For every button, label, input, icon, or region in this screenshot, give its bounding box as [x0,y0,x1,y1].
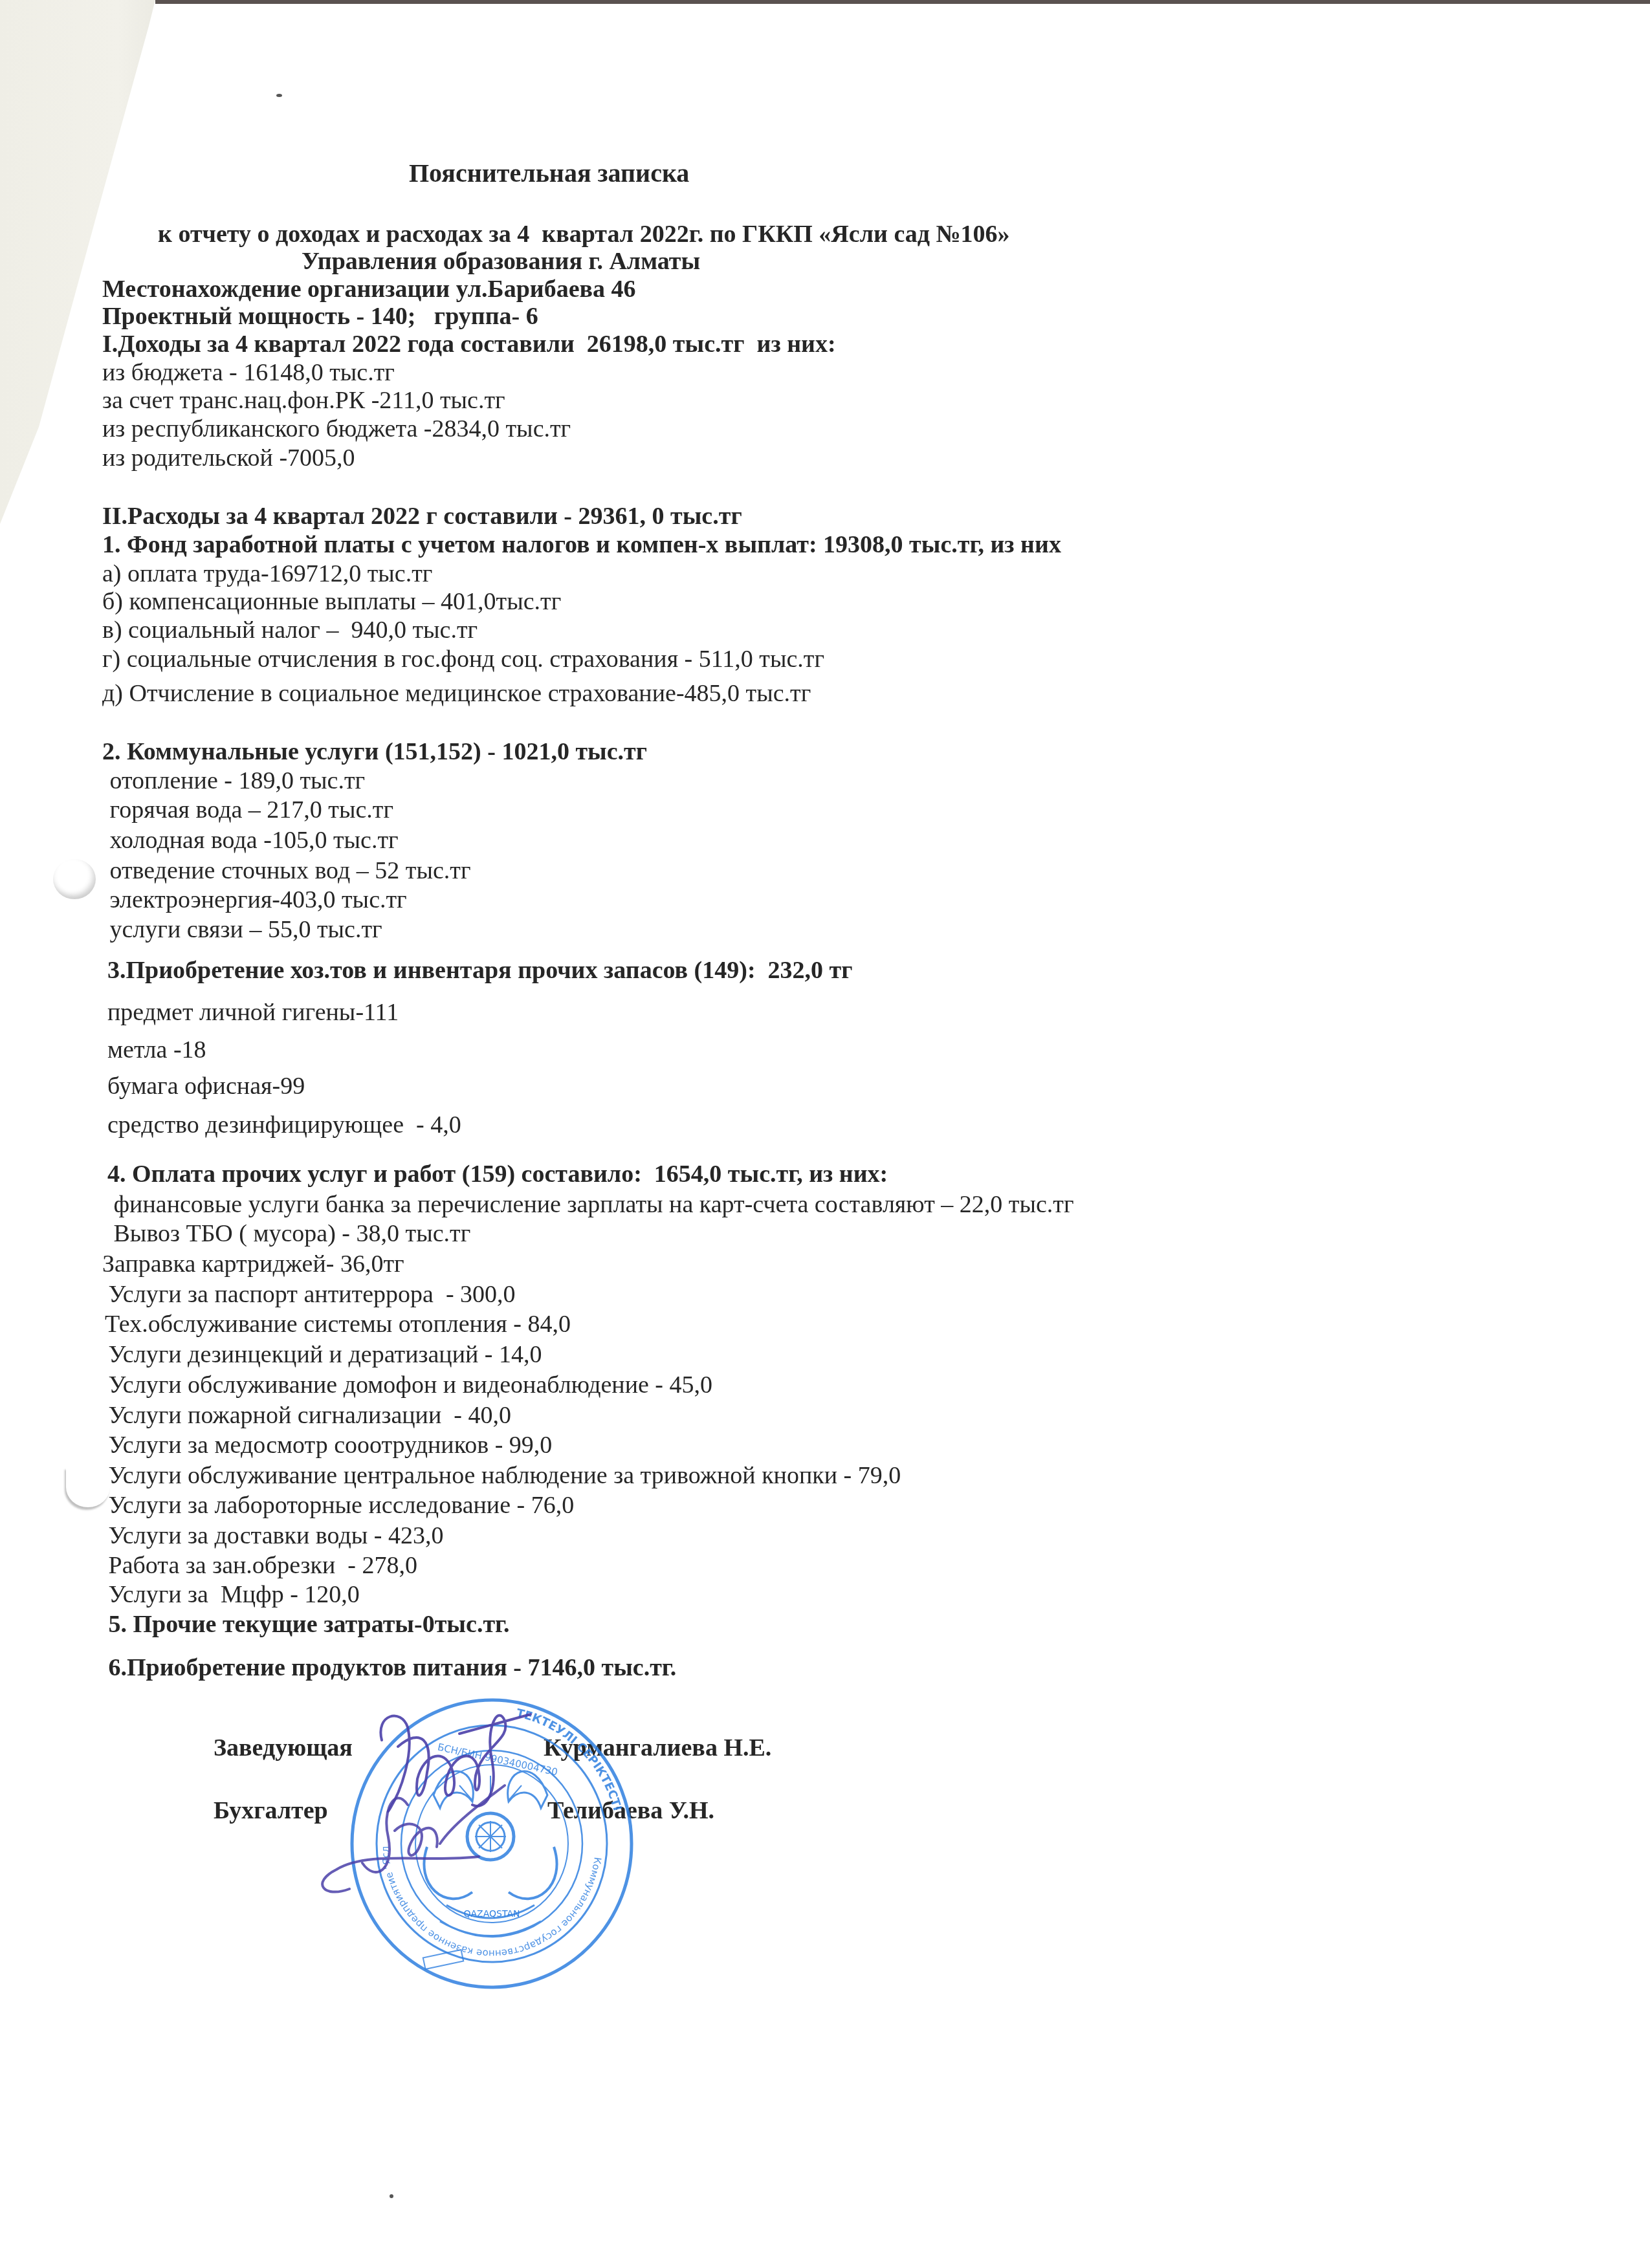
section-4-item: Услуги за Мцфр - 120,0 [102,1580,360,1609]
section-4-item: Вывоз ТБО ( мусора) - 38,0 тыс.тг [107,1219,470,1248]
income-item: из родительской -7005,0 [102,444,355,472]
section-4-item: Тех.обслуживание системы отопления - 84,… [105,1310,571,1338]
section-4-heading: 4. Оплата прочих услуг и работ (159) сос… [107,1160,888,1188]
section-2-item: электроэнергия-403,0 тыс.тг [104,886,407,914]
section-3-item: бумага офисная-99 [107,1072,305,1100]
section-4-item: Работа за зан.обрезки - 278,0 [102,1551,417,1580]
section-1-item: г) социальные отчисления в гос.фонд соц.… [102,645,824,673]
section-1-heading: 1. Фонд заработной платы с учетом налого… [102,530,1061,559]
section-1-item: а) оплата труда-169712,0 тыс.тг [102,560,432,588]
section-2-item: отведение сточных вод – 52 тыс.тг [104,856,471,885]
accountant-signature [311,1772,518,1902]
section-2-item: холодная вода -105,0 тыс.тг [104,826,399,855]
income-item: за счет транс.нац.фон.РК -211,0 тыс.тг [102,386,505,415]
section-4-item: Услуги за паспорт антитеррора - 300,0 [102,1280,516,1309]
section-4-item: Услуги обслуживание домофон и видеонаблю… [102,1371,712,1399]
income-item: из бюджета - 16148,0 тыс.тг [102,358,395,387]
subtitle-line-2: Управления образования г. Алматы [302,247,700,276]
head-role: Заведующая [214,1734,353,1762]
section-4-item: Услуги за доставки воды - 423,0 [102,1521,443,1550]
expenses-heading: II.Расходы за 4 квартал 2022 г составили… [102,502,742,530]
page-title: Пояснительная записка [409,159,689,188]
section-1-item: б) компенсационные выплаты – 401,0тыс.тг [102,587,561,616]
section-2-item: отопление - 189,0 тыс.тг [104,767,365,795]
section-4-item: Услуги за медосмотр сооотрудников - 99,0 [102,1431,552,1459]
location-line: Местонахождение организации ул.Барибаева… [102,275,636,303]
section-2-item: услуги связи – 55,0 тыс.тг [104,915,382,944]
punch-hole-mark [53,859,96,899]
section-4-item: Услуги пожарной сигнализации - 40,0 [102,1401,511,1430]
section-4-item: Услуги обслуживание центральное наблюден… [102,1461,901,1490]
section-4-item: Услуги за лабороторные исследование - 76… [102,1491,574,1520]
section-4-item: Услуги дезинцекций и дератизаций - 14,0 [102,1340,542,1369]
section-4-item: финансовые услуги банка за перечисление … [107,1190,1074,1219]
section-1-item: в) социальный налог – 940,0 тыс.тг [102,616,478,644]
subtitle-line-1: к отчету о доходах и расходах за 4 кварт… [158,220,1010,248]
capacity-line: Проектный мощность - 140; группа- 6 [102,302,538,331]
income-heading: I.Доходы за 4 квартал 2022 года составил… [102,330,836,358]
income-item: из республиканского бюджета -2834,0 тыс.… [102,415,571,443]
section-6-heading: 6.Приобретение продуктов питания - 7146,… [102,1653,676,1682]
section-4-item: Заправка картриджей- 36,0тг [102,1250,404,1278]
scan-speck [390,2194,393,2198]
section-3-item: метла -18 [107,1036,206,1064]
section-2-item: горячая вода – 217,0 тыс.тг [104,796,393,824]
scan-speck [276,94,282,97]
section-3-heading: 3.Приобретение хоз.тов и инвентаря прочи… [107,956,853,985]
scan-edge [155,0,1650,4]
svg-text:QAZAQSTAN: QAZAQSTAN [464,1909,520,1919]
section-2-heading: 2. Коммунальные услуги (151,152) - 1021,… [102,737,647,766]
section-5-heading: 5. Прочие текущие затраты-0тыс.тг. [102,1610,510,1639]
section-1-item: д) Отчисление в социальное медицинское с… [102,679,811,708]
section-3-item: средство дезинфицирующее - 4,0 [107,1111,461,1139]
section-3-item: предмет личной гигены-111 [107,998,399,1027]
